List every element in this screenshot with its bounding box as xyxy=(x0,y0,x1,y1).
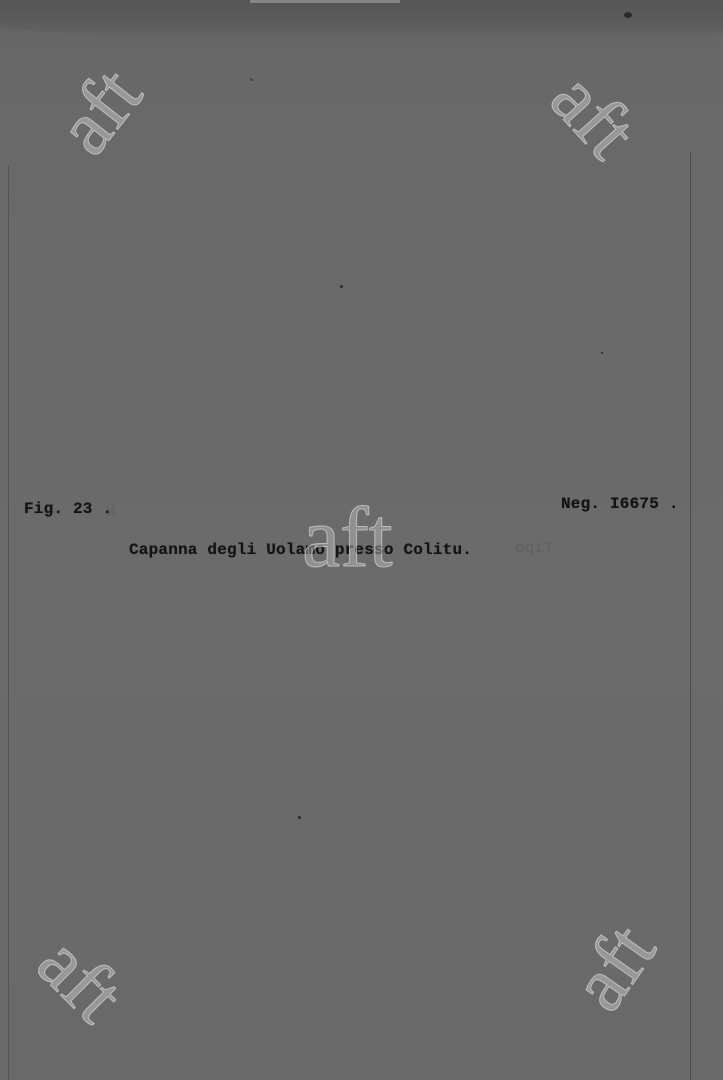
ink-speck xyxy=(340,285,343,288)
bleed-through-text: Tipo xyxy=(515,539,553,557)
scan-top-strip xyxy=(250,0,400,3)
photo-caption: Capanna degli Uolamo presso Colitu. xyxy=(129,541,472,559)
watermark-logo: aft xyxy=(24,922,137,1035)
ink-speck xyxy=(624,12,632,18)
scan-top-edge xyxy=(0,0,723,38)
watermark-logo: aft xyxy=(302,494,393,580)
watermark-logo: aft xyxy=(538,58,651,171)
ink-speck xyxy=(250,78,253,81)
archive-card: N Tipo Fig. 23 . Neg. I6675 . Capanna de… xyxy=(0,0,723,1080)
figure-number: Fig. 23 . xyxy=(24,500,112,518)
watermark-logo: aft xyxy=(43,55,155,168)
watermark-logo: aft xyxy=(558,911,669,1023)
left-margin-rule xyxy=(8,166,9,1080)
negative-number: Neg. I6675 . xyxy=(561,495,679,513)
ink-speck xyxy=(298,816,301,819)
right-margin-rule xyxy=(690,152,691,1080)
ink-speck xyxy=(601,352,603,354)
